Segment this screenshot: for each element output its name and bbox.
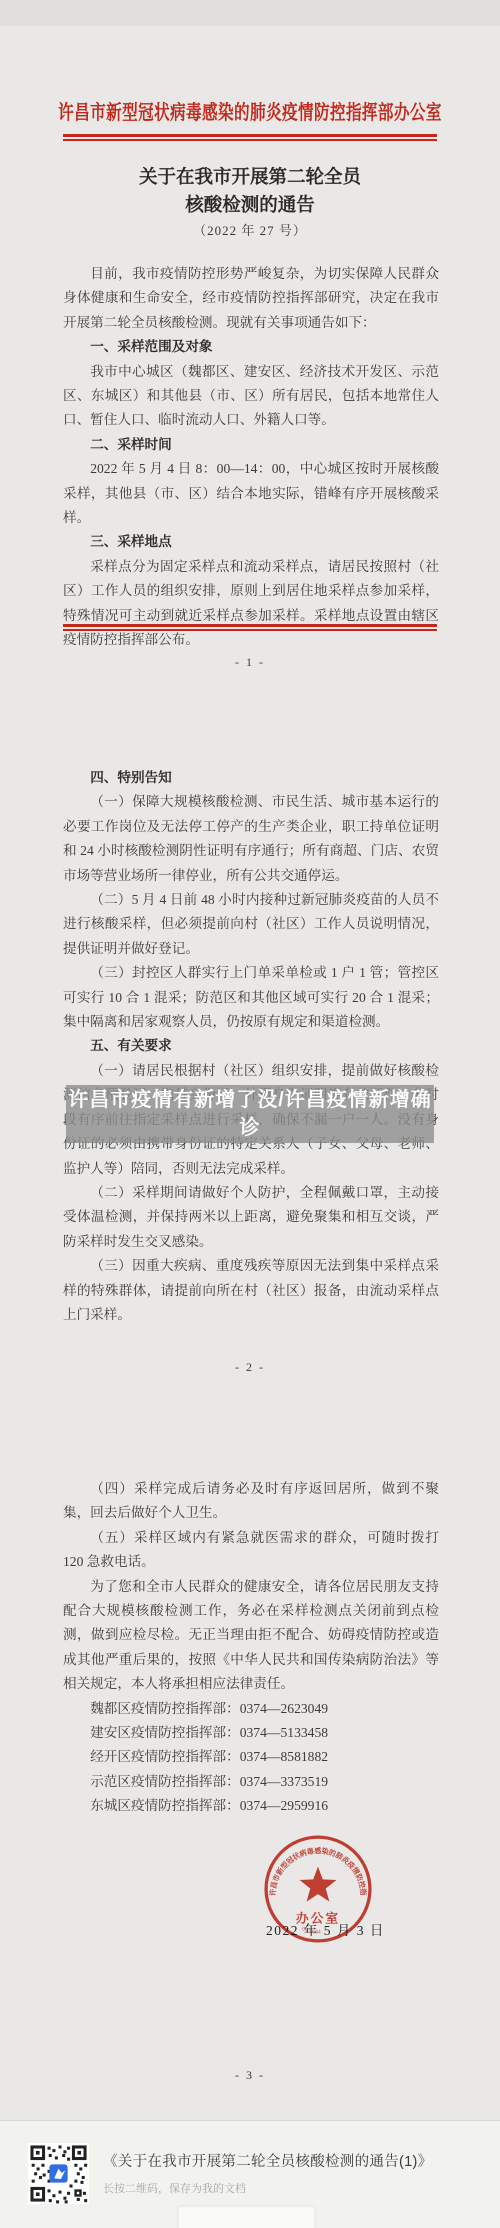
qr-hint-text: 长按二维码，保存为我的文档 — [103, 2180, 246, 2196]
paragraph: 2022 年 5 月 4 日 8：00—14：00，中心城区按时开展核酸采样，其… — [63, 457, 439, 530]
paragraph: （五）采样区域内有紧急就医需求的群众，可随时拨打 120 急救电话。 — [63, 1526, 439, 1575]
page1-footer-red-rule — [63, 624, 437, 631]
page2-body: 四、特别告知 （一）保障大规模核酸检测、市民生活、城市基本运行的必要工作岗位及无… — [63, 766, 439, 1327]
contact-phone-list: 魏都区疫情防控指挥部：0374—2623049 建安区疫情防控指挥部：0374—… — [63, 1697, 439, 1819]
section-heading: 四、特别告知 — [63, 766, 439, 790]
paragraph: （二）采样期间请做好个人防护，全程佩戴口罩，主动接受体温检测，并保持两米以上距离… — [63, 1181, 439, 1254]
paragraph: （三）因重大疾病、重度残疾等原因无法到集中采样点采样的特殊群体，请提前向所在村（… — [63, 1254, 439, 1327]
org-header-text: 许昌市新型冠状病毒感染的肺炎疫情防控指挥部办公室 — [58, 96, 442, 125]
tencent-docs-icon — [49, 2164, 67, 2182]
svg-text:0020034: 0020034 — [301, 1926, 321, 1935]
doc-number: （2022 年 27 号） — [0, 220, 500, 239]
contact-line: 经开区疫情防控指挥部：0374—8581882 — [63, 1745, 439, 1769]
seal-star-icon — [300, 1867, 337, 1902]
section-heading: 五、有关要求 — [63, 1034, 439, 1058]
top-band — [0, 0, 500, 26]
section-heading: 二、采样时间 — [63, 433, 439, 457]
page-number-3: - 3 - — [0, 2068, 500, 2083]
section-heading: 三、采样地点 — [63, 530, 439, 554]
page3-body: （四）采样完成后请务必及时有序返回居所，做到不聚集，回去后做好个人卫生。 （五）… — [63, 1477, 439, 1819]
overlay-caption: 许昌市疫情有新增了没/许昌疫情新增确诊 — [66, 1085, 434, 1143]
doc-title-line2: 核酸检测的通告 — [0, 192, 500, 220]
share-footer-bar: 《关于在我市开展第二轮全员核酸检测的通告(1)》 长按二维码，保存为我的文档 — [0, 2120, 500, 2228]
contact-line: 魏都区疫情防控指挥部：0374—2623049 — [63, 1697, 439, 1721]
paragraph: （三）封控区人群实行上门单采单检或 1 户 1 管；管控区可实行 10 合 1 … — [63, 961, 439, 1034]
paragraph: （四）采样完成后请务必及时有序返回居所，做到不聚集，回去后做好个人卫生。 — [63, 1477, 439, 1526]
open-document-button[interactable] — [178, 2206, 315, 2228]
paragraph: （二）5 月 4 日前 48 小时内接种过新冠肺炎疫苗的人员不进行核酸采样，但必… — [63, 888, 439, 961]
contact-line: 东城区疫情防控指挥部：0374—2959916 — [63, 1794, 439, 1818]
contact-line: 示范区疫情防控指挥部：0374—3373519 — [63, 1770, 439, 1794]
org-header: 许昌市新型冠状病毒感染的肺炎疫情防控指挥部办公室 — [0, 96, 500, 125]
paragraph: 目前，我市疫情防控形势严峻复杂，为切实保障人民群众身体健康和生命安全，经市疫情防… — [63, 262, 439, 335]
qr-code[interactable] — [28, 2143, 89, 2204]
page-number-2: - 2 - — [0, 1360, 500, 1375]
paragraph: （一）保障大规模核酸检测、市民生活、城市基本运行的必要工作岗位及无法停工停产的生… — [63, 790, 439, 888]
document-preview-screen: 许昌市新型冠状病毒感染的肺炎疫情防控指挥部办公室 关于在我市开展第二轮全员 核酸… — [0, 0, 500, 2228]
doc-title: 关于在我市开展第二轮全员 核酸检测的通告 — [0, 164, 500, 220]
paragraph: 采样点分为固定采样点和流动采样点，请居民按照村（社区）工作人员的组织安排，原则上… — [63, 555, 439, 653]
page-number-1: - 1 - — [0, 655, 500, 670]
page1-body: 目前，我市疫情防控形势严峻复杂，为切实保障人民群众身体健康和生命安全，经市疫情防… — [63, 262, 439, 653]
seal-serial: 0020034 — [301, 1926, 321, 1935]
section-heading: 一、采样范围及对象 — [63, 335, 439, 359]
paragraph: 为了您和全市人民群众的健康安全，请各位居民朋友支持配合大规模核酸检测工作，务必在… — [63, 1575, 439, 1697]
official-seal: 许昌市新型冠状病毒感染的肺炎疫情防控指挥部 办公室 0020034 — [262, 1833, 374, 1945]
shared-doc-title: 《关于在我市开展第二轮全员核酸检测的通告(1)》 — [103, 2150, 478, 2171]
paragraph: 我市中心城区（魏都区、建安区、经济技术开发区、示范区、东城区）和其他县（市、区）… — [63, 360, 439, 433]
contact-line: 建安区疫情防控指挥部：0374—5133458 — [63, 1721, 439, 1745]
seal-office-label: 办公室 — [296, 1911, 340, 1926]
doc-title-line1: 关于在我市开展第二轮全员 — [0, 164, 500, 192]
header-red-rule — [63, 134, 437, 141]
